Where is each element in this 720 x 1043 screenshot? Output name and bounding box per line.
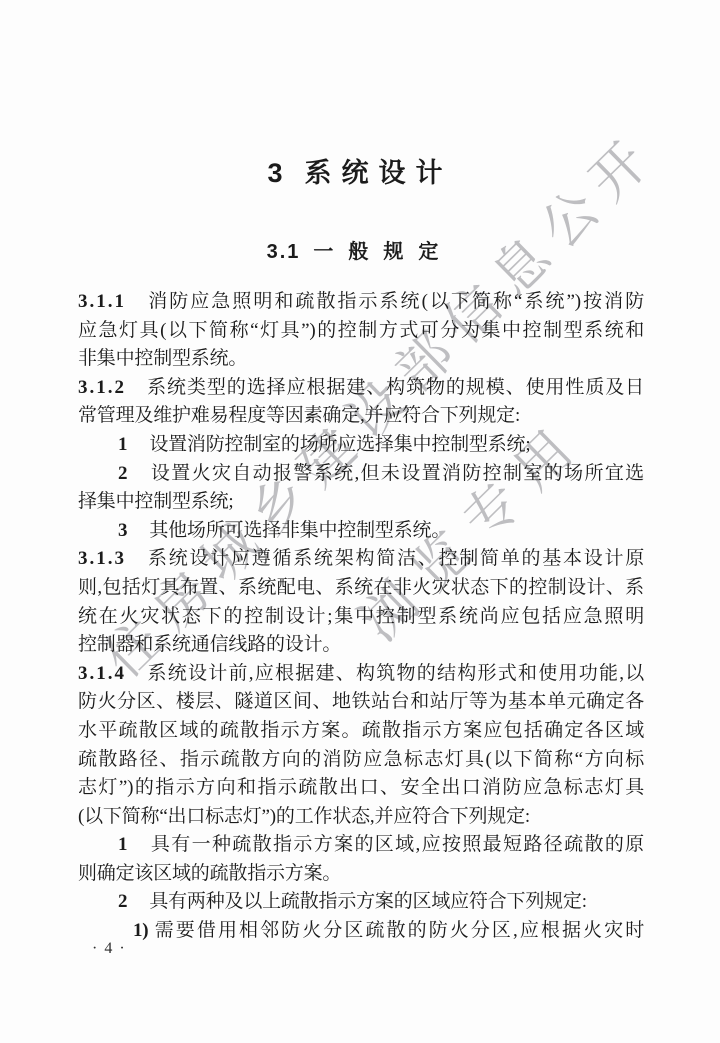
text-line: 防火分区、楼层、隧道区间、地铁站台和站厅等为基本单元确定各 — [78, 688, 644, 717]
line-text: 统在火灾状态下的控制设计;集中控制型系统尚应包括应急照明 — [78, 606, 644, 627]
clause-number: 3.1.2 — [78, 377, 126, 398]
text-line: (以下简称“出口标志灯”)的工作状态,并应符合下列规定: — [78, 803, 644, 832]
clause-number: 2 — [118, 891, 127, 912]
text-line: 控制器和系统通信线路的设计。 — [78, 631, 644, 660]
text-line: 应急灯具(以下简称“灯具”)的控制方式可分为集中控制型系统和 — [78, 317, 644, 346]
chapter-title: 系统设计 — [305, 158, 453, 188]
line-text: 系统设计应遵循系统架构简洁、控制简单的基本设计原 — [146, 548, 644, 569]
clause-number: 2 — [118, 463, 127, 484]
clause-number: 3.1.3 — [78, 548, 126, 569]
section-number: 3.1 — [267, 241, 301, 263]
line-text: 志灯”)的指示方向和指示疏散出口、安全出口消防应急标志灯具 — [78, 777, 644, 798]
line-text: 设置消防控制室的场所应选择集中控制型系统; — [149, 434, 530, 455]
line-text: 应急灯具(以下简称“灯具”)的控制方式可分为集中控制型系统和 — [78, 320, 644, 341]
clause-number: 3 — [118, 520, 127, 541]
footer-decor-left: · — [92, 940, 104, 957]
text-line: 则,包括灯具布置、系统配电、系统在非火灾状态下的控制设计、系 — [78, 574, 644, 603]
line-text: 控制器和系统通信线路的设计。 — [78, 634, 341, 655]
body-text: 3.1.1消防应急照明和疏散指示系统(以下简称“系统”)按消防 应急灯具(以下简… — [78, 288, 644, 946]
chapter-heading: 3系统设计 — [0, 157, 720, 189]
text-line: 疏散路径、指示疏散方向的消防应急标志灯具(以下简称“方向标 — [78, 746, 644, 775]
text-line: 1)需要借用相邻防火分区疏散的防火分区,应根据火灾时 — [78, 917, 644, 946]
clause-number: 1) — [133, 920, 148, 941]
page-number-footer: ·4· — [92, 940, 132, 958]
text-line: 非集中控制型系统。 — [78, 345, 644, 374]
line-text: 非集中控制型系统。 — [78, 348, 247, 369]
text-line: 常管理及维护难易程度等因素确定,并应符合下列规定: — [78, 402, 644, 431]
text-line: 统在火灾状态下的控制设计;集中控制型系统尚应包括应急照明 — [78, 603, 644, 632]
text-line: 2具有两种及以上疏散指示方案的区域应符合下列规定: — [78, 888, 644, 917]
clause-number: 1 — [118, 434, 127, 455]
text-line: 3.1.1消防应急照明和疏散指示系统(以下简称“系统”)按消防 — [78, 288, 644, 317]
line-text: 择集中控制型系统; — [78, 491, 233, 512]
clause-number: 1 — [118, 834, 127, 855]
text-line: 2设置火灾自动报警系统,但未设置消防控制室的场所宜选 — [78, 460, 644, 489]
line-text: 消防应急照明和疏散指示系统(以下简称“系统”)按消防 — [146, 291, 644, 312]
chapter-number: 3 — [267, 158, 282, 188]
line-text: 水平疏散区域的疏散指示方案。疏散指示方案应包括确定各区域 — [78, 720, 644, 741]
line-text: 防火分区、楼层、隧道区间、地铁站台和站厅等为基本单元确定各 — [78, 691, 644, 712]
text-line: 1设置消防控制室的场所应选择集中控制型系统; — [78, 431, 644, 460]
line-text: 设置火灾自动报警系统,但未设置消防控制室的场所宜选 — [149, 463, 644, 484]
line-text: (以下简称“出口标志灯”)的工作状态,并应符合下列规定: — [78, 806, 530, 827]
text-line: 水平疏散区域的疏散指示方案。疏散指示方案应包括确定各区域 — [78, 717, 644, 746]
line-text: 其他场所可选择非集中控制型系统。 — [149, 520, 450, 541]
text-line: 志灯”)的指示方向和指示疏散出口、安全出口消防应急标志灯具 — [78, 774, 644, 803]
line-text: 具有两种及以上疏散指示方案的区域应符合下列规定: — [149, 891, 586, 912]
document-page: 住房城乡建设部信息公开 浏览专用 3系统设计 3.1一般规定 3.1.1消防应急… — [0, 0, 720, 1043]
line-text: 则,包括灯具布置、系统配电、系统在非火灾状态下的控制设计、系 — [78, 577, 644, 598]
line-text: 需要借用相邻防火分区疏散的防火分区,应根据火灾时 — [152, 920, 644, 941]
footer-decor-right: · — [119, 940, 131, 957]
line-text: 疏散路径、指示疏散方向的消防应急标志灯具(以下简称“方向标 — [78, 749, 644, 770]
line-text: 则确定该区域的疏散指示方案。 — [78, 863, 341, 884]
line-text: 具有一种疏散指示方案的区域,应按照最短路径疏散的原 — [149, 834, 644, 855]
text-line: 3.1.4系统设计前,应根据建、构筑物的结构形式和使用功能,以 — [78, 660, 644, 689]
line-text: 系统类型的选择应根据建、构筑物的规模、使用性质及日 — [146, 377, 644, 398]
text-line: 3.1.2系统类型的选择应根据建、构筑物的规模、使用性质及日 — [78, 374, 644, 403]
clause-number: 3.1.4 — [78, 663, 126, 684]
section-heading: 3.1一般规定 — [0, 240, 720, 264]
text-line: 择集中控制型系统; — [78, 488, 644, 517]
page-number: 4 — [104, 940, 119, 957]
clause-number: 3.1.1 — [78, 291, 126, 312]
text-line: 3.1.3系统设计应遵循系统架构简洁、控制简单的基本设计原 — [78, 545, 644, 574]
text-line: 则确定该区域的疏散指示方案。 — [78, 860, 644, 889]
line-text: 常管理及维护难易程度等因素确定,并应符合下列规定: — [78, 405, 520, 426]
line-text: 系统设计前,应根据建、构筑物的结构形式和使用功能,以 — [146, 663, 644, 684]
text-line: 1具有一种疏散指示方案的区域,应按照最短路径疏散的原 — [78, 831, 644, 860]
text-line: 3其他场所可选择非集中控制型系统。 — [78, 517, 644, 546]
section-title: 一般规定 — [313, 241, 453, 263]
